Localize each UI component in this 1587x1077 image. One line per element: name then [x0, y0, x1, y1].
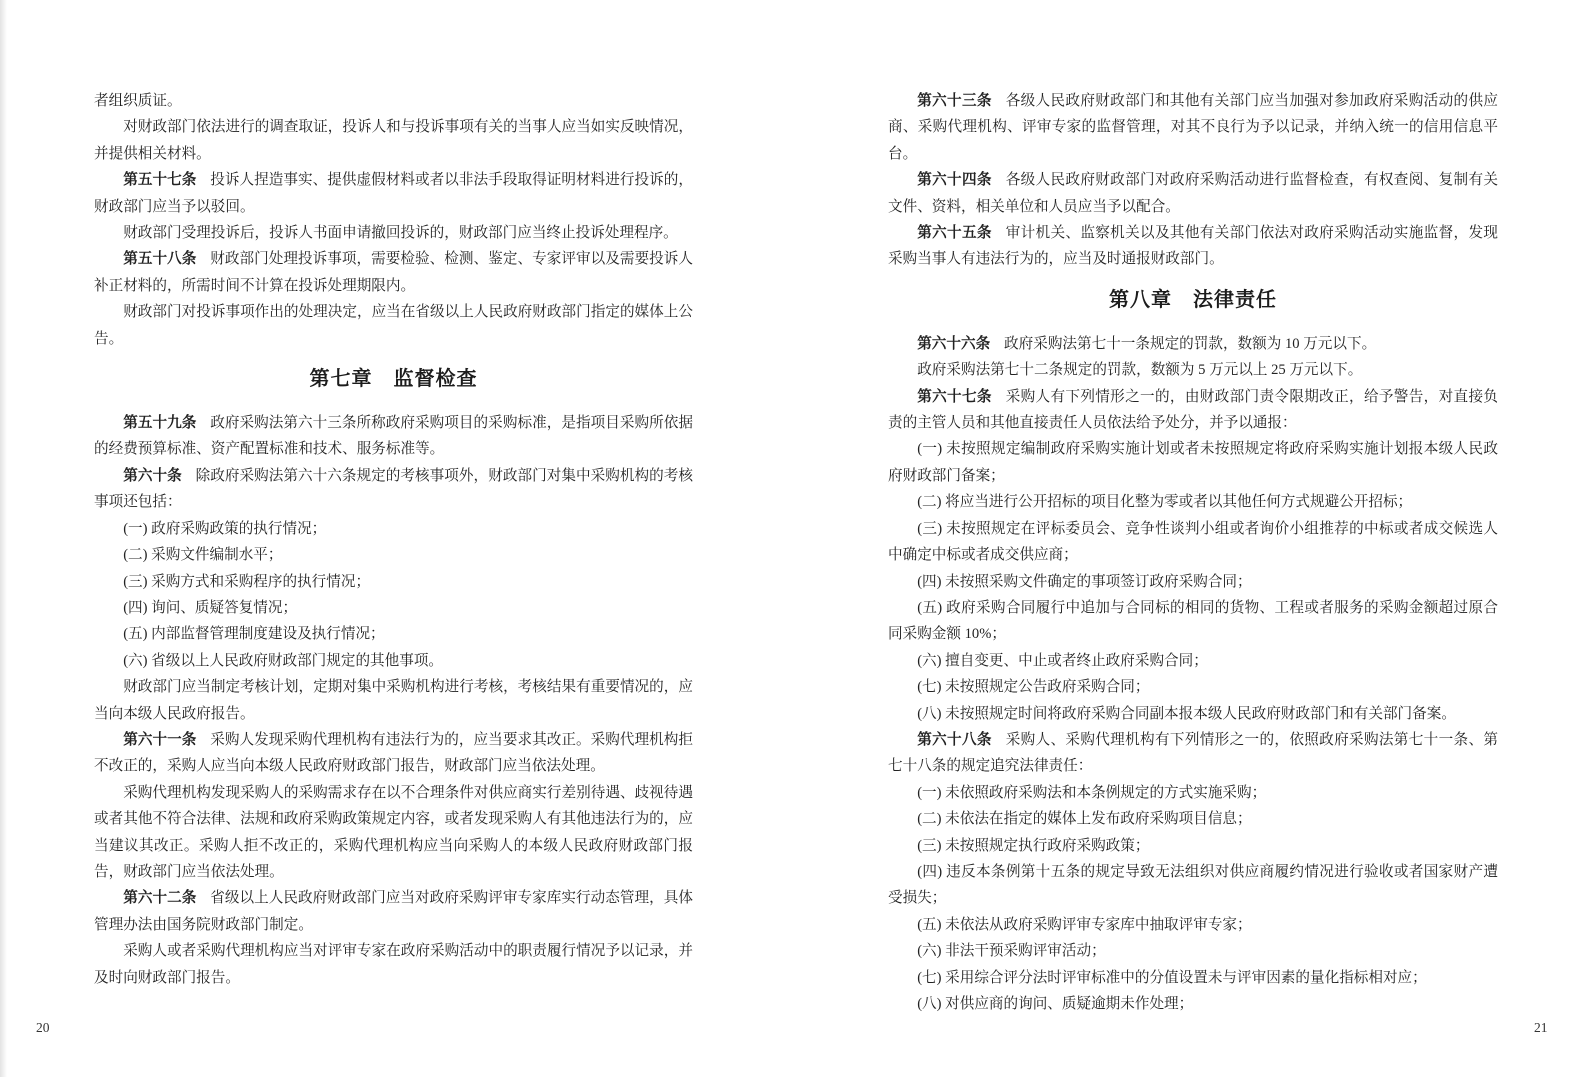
paragraph: (八) 未按照规定时间将政府采购合同副本报本级人民政府财政部门和有关部门备案。	[888, 701, 1498, 727]
paragraph: (五) 政府采购合同履行中追加与合同标的相同的货物、工程或者服务的采购金额超过原…	[888, 595, 1498, 648]
article-number: 第六十五条	[917, 225, 992, 241]
page-number-left: 20	[36, 1020, 50, 1036]
paragraph: (一) 未按照规定编制政府采购实施计划或者未按照规定将政府采购实施计划报本级人民…	[888, 436, 1498, 489]
article-paragraph: 第五十七条投诉人捏造事实、提供虚假材料或者以非法手段取得证明材料进行投诉的，财政…	[94, 167, 693, 220]
paragraph: (六) 非法干预采购评审活动；	[888, 938, 1498, 964]
article-number: 第五十八条	[123, 251, 196, 267]
article-number: 第六十六条	[917, 336, 990, 352]
article-paragraph: 第六十六条政府采购法第七十一条规定的罚款，数额为 10 万元以下。	[888, 331, 1498, 357]
article-paragraph: 第六十三条各级人民政府财政部门和其他有关部门应当加强对参加政府采购活动的供应商、…	[888, 88, 1498, 167]
paragraph: 财政部门对投诉事项作出的处理决定，应当在省级以上人民政府财政部门指定的媒体上公告…	[94, 299, 693, 352]
article-number: 第六十七条	[917, 389, 992, 405]
paragraph: (四) 违反本条例第十五条的规定导致无法组织对供应商履约情况进行验收或者国家财产…	[888, 859, 1498, 912]
article-number: 第五十七条	[123, 172, 196, 188]
paragraph: (五) 未依法从政府采购评审专家库中抽取评审专家；	[888, 912, 1498, 938]
paragraph: 对财政部门依法进行的调查取证，投诉人和与投诉事项有关的当事人应当如实反映情况，并…	[94, 114, 693, 167]
article-number: 第六十一条	[123, 732, 196, 748]
paragraph: (七) 采用综合评分法时评审标准中的分值设置未与评审因素的量化指标相对应；	[888, 965, 1498, 991]
paragraph: (二) 将应当进行公开招标的项目化整为零或者以其他任何方式规避公开招标；	[888, 489, 1498, 515]
page-number-right: 21	[1534, 1020, 1548, 1036]
article-number: 第六十八条	[917, 732, 992, 748]
left-page-text-column: 者组织质证。对财政部门依法进行的调查取证，投诉人和与投诉事项有关的当事人应当如实…	[94, 88, 693, 991]
paragraph: (四) 未按照采购文件确定的事项签订政府采购合同；	[888, 569, 1498, 595]
article-paragraph: 第五十九条政府采购法第六十三条所称政府采购项目的采购标准，是指项目采购所依据的经…	[94, 410, 693, 463]
page-edge-shadow	[0, 0, 7, 1077]
paragraph: (一) 政府采购政策的执行情况；	[94, 516, 693, 542]
paragraph: 政府采购法第七十二条规定的罚款，数额为 5 万元以上 25 万元以下。	[888, 357, 1498, 383]
article-paragraph: 第五十八条财政部门处理投诉事项，需要检验、检测、鉴定、专家评审以及需要投诉人补正…	[94, 246, 693, 299]
paragraph: (四) 询问、质疑答复情况；	[94, 595, 693, 621]
paragraph: 采购人或者采购代理机构应当对评审专家在政府采购活动中的职责履行情况予以记录，并及…	[94, 938, 693, 991]
article-paragraph: 第六十八条采购人、采购代理机构有下列情形之一的，依照政府采购法第七十一条、第七十…	[888, 727, 1498, 780]
paragraph: (三) 未按照规定执行政府采购政策；	[888, 833, 1498, 859]
article-number: 第六十三条	[917, 93, 992, 109]
article-number: 第五十九条	[123, 415, 196, 431]
book-spread: 者组织质证。对财政部门依法进行的调查取证，投诉人和与投诉事项有关的当事人应当如实…	[0, 0, 1587, 1077]
article-number: 第六十条	[123, 468, 182, 484]
article-paragraph: 第六十七条采购人有下列情形之一的，由财政部门责令限期改正，给予警告，对直接负责的…	[888, 384, 1498, 437]
chapter-heading: 第七章 监督检查	[94, 364, 693, 394]
right-page-text-column: 第六十三条各级人民政府财政部门和其他有关部门应当加强对参加政府采购活动的供应商、…	[888, 88, 1498, 1017]
paragraph: 财政部门受理投诉后，投诉人书面申请撤回投诉的，财政部门应当终止投诉处理程序。	[94, 220, 693, 246]
article-number: 第六十四条	[917, 172, 992, 188]
paragraph: (三) 采购方式和采购程序的执行情况；	[94, 569, 693, 595]
paragraph: 采购代理机构发现采购人的采购需求存在以不合理条件对供应商实行差别待遇、歧视待遇或…	[94, 780, 693, 886]
article-paragraph: 第六十二条省级以上人民政府财政部门应当对政府采购评审专家库实行动态管理，具体管理…	[94, 885, 693, 938]
article-number: 第六十二条	[123, 890, 196, 906]
article-paragraph: 第六十一条采购人发现采购代理机构有违法行为的，应当要求其改正。采购代理机构拒不改…	[94, 727, 693, 780]
article-paragraph: 第六十条除政府采购法第六十六条规定的考核事项外，财政部门对集中采购机构的考核事项…	[94, 463, 693, 516]
paragraph: (五) 内部监督管理制度建设及执行情况；	[94, 621, 693, 647]
paragraph: (八) 对供应商的询问、质疑逾期未作处理；	[888, 991, 1498, 1017]
paragraph: (三) 未按照规定在评标委员会、竞争性谈判小组或者询价小组推荐的中标或者成交候选…	[888, 516, 1498, 569]
paragraph: (六) 省级以上人民政府财政部门规定的其他事项。	[94, 648, 693, 674]
paragraph: 者组织质证。	[94, 88, 693, 114]
paragraph: (二) 未依法在指定的媒体上发布政府采购项目信息；	[888, 806, 1498, 832]
paragraph: (七) 未按照规定公告政府采购合同；	[888, 674, 1498, 700]
paragraph: (二) 采购文件编制水平；	[94, 542, 693, 568]
article-paragraph: 第六十四条各级人民政府财政部门对政府采购活动进行监督检查，有权查阅、复制有关文件…	[888, 167, 1498, 220]
chapter-heading: 第八章 法律责任	[888, 285, 1498, 315]
paragraph: (一) 未依照政府采购法和本条例规定的方式实施采购；	[888, 780, 1498, 806]
paragraph: (六) 擅自变更、中止或者终止政府采购合同；	[888, 648, 1498, 674]
article-paragraph: 第六十五条审计机关、监察机关以及其他有关部门依法对政府采购活动实施监督，发现采购…	[888, 220, 1498, 273]
paragraph: 财政部门应当制定考核计划，定期对集中采购机构进行考核，考核结果有重要情况的，应当…	[94, 674, 693, 727]
